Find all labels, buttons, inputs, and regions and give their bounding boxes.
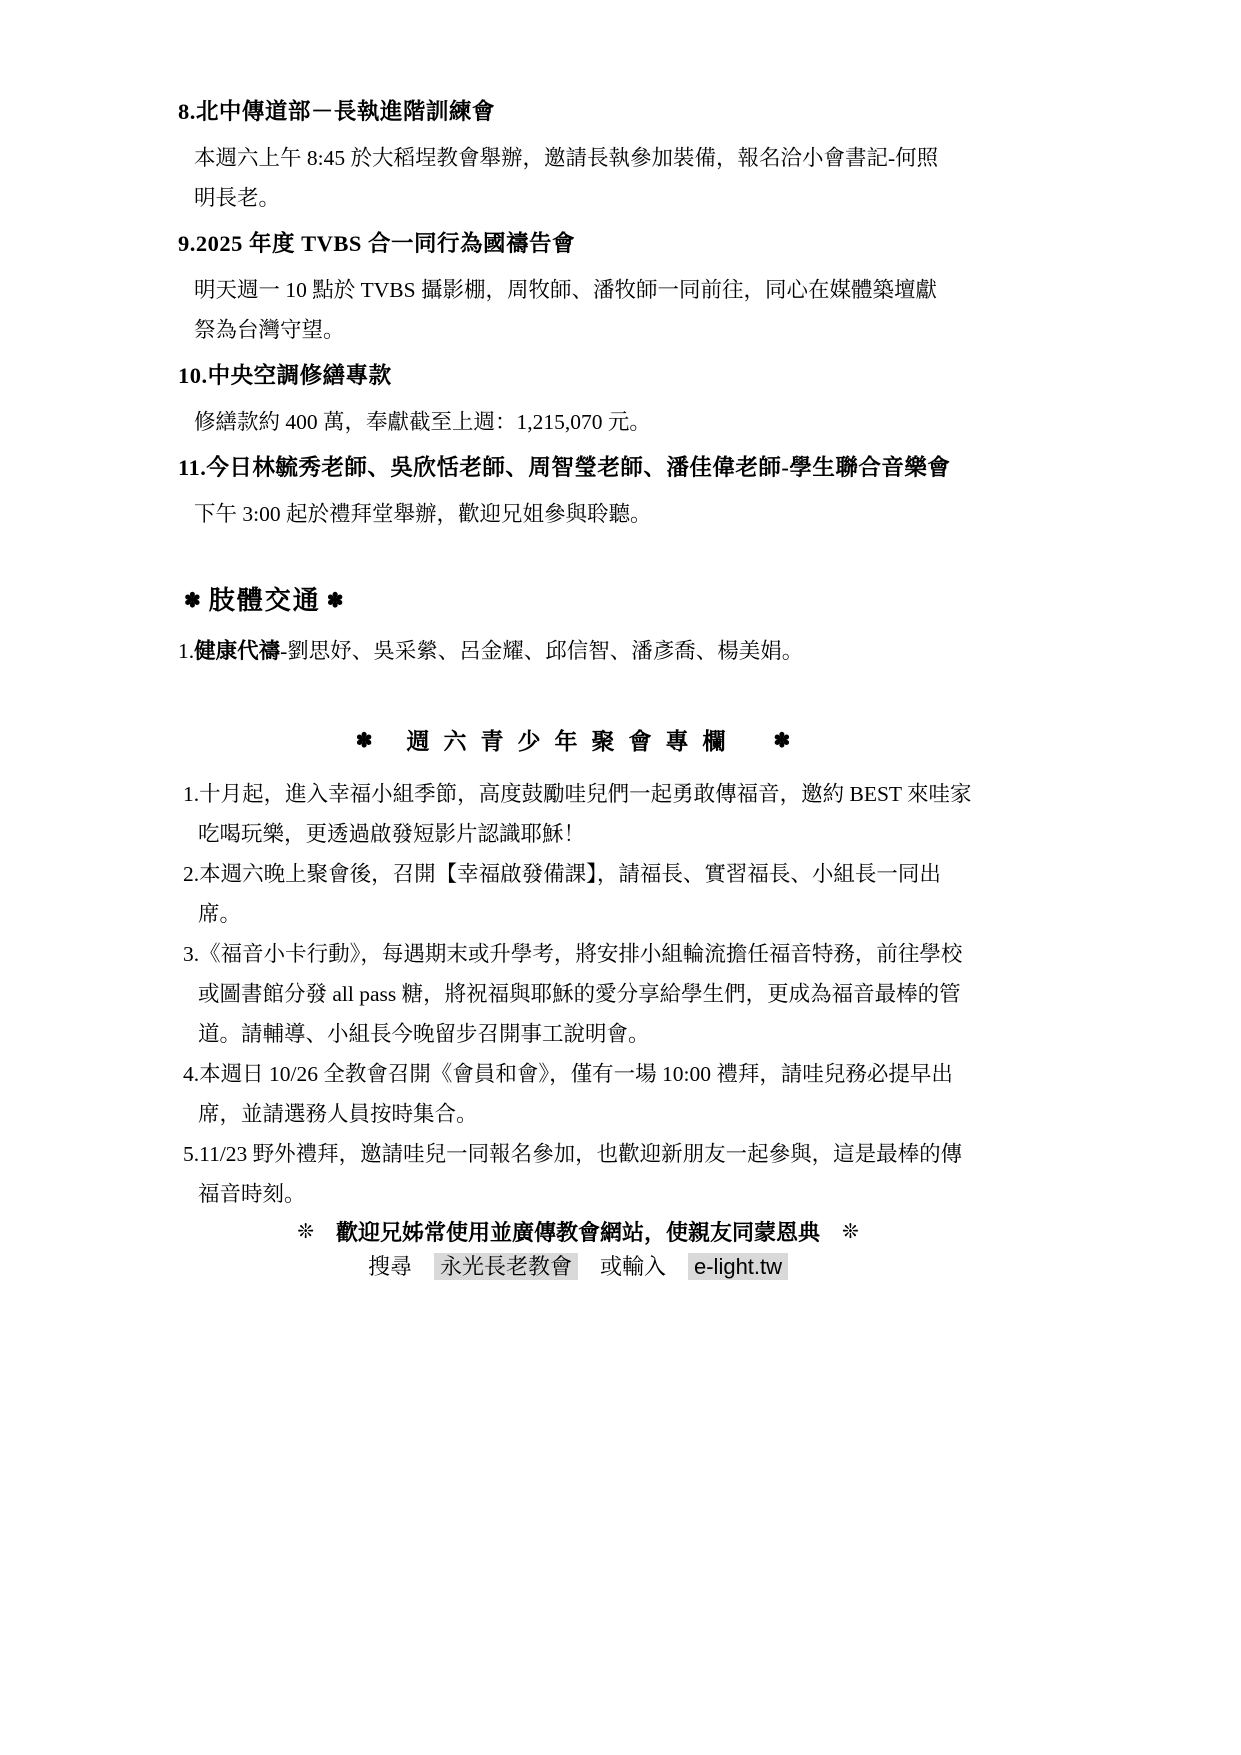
- announcement-number: 8.: [178, 99, 196, 124]
- announcement-number: 11.: [178, 455, 206, 480]
- announcement-item-9: 9.2025 年度 TVBS 合一同行為國禱告會 明天週一 10 點於 TVBS…: [178, 228, 1241, 350]
- announcement-item-11: 11.今日林毓秀老師、吳欣恬老師、周智瑩老師、潘佳偉老師-學生聯合音樂會 下午 …: [178, 452, 1241, 534]
- announcement-item-10: 10.中央空調修繕專款 修繕款約 400 萬，奉獻截至上週：1,215,070 …: [178, 360, 1241, 442]
- list-number: 1.: [178, 639, 194, 663]
- announcements-section: 8.北中傳道部－長執進階訓練會 本週六上午 8:45 於大稻埕教會舉辦，邀請長執…: [178, 96, 1241, 534]
- announcement-body: 本週六上午 8:45 於大稻埕教會舉辦，邀請長執參加裝備，報名洽小會書記-何照明…: [194, 138, 942, 218]
- announcement-number: 10.: [178, 363, 208, 388]
- list-item: 1.十月起，進入幸福小組季節，高度鼓勵哇兒們一起勇敢傳福音，邀約 BEST 來哇…: [183, 774, 978, 854]
- fellowship-header-title: 肢體交通: [209, 586, 321, 615]
- announcement-item-8: 8.北中傳道部－長執進階訓練會 本週六上午 8:45 於大稻埕教會舉辦，邀請長執…: [178, 96, 1241, 218]
- youth-section-header: ✽週六青少年聚會專欄✽: [178, 723, 968, 756]
- announcement-title-text: 2025 年度 TVBS 合一同行為國禱告會: [196, 231, 575, 256]
- flower-ornament-icon: ✽: [327, 590, 346, 612]
- website-search-line: 搜尋永光長老教會或輸入e-light.tw: [178, 1251, 978, 1283]
- health-prayer-line: 1.健康代禱-劉思妤、吳采縈、呂金耀、邱信智、潘彥喬、楊美娟。: [178, 631, 1241, 671]
- flower-ornament-icon: ✽: [356, 730, 373, 752]
- list-item: 2.本週六晚上聚會後，召開【幸福啟發備課】，請福長、實習福長、小組長一同出席。: [183, 854, 978, 934]
- announcement-title-text: 中央空調修繕專款: [208, 363, 392, 388]
- church-name-highlight: 永光長老教會: [434, 1253, 578, 1280]
- youth-section: ✽週六青少年聚會專欄✽ 1.十月起，進入幸福小組季節，高度鼓勵哇兒們一起勇敢傳福…: [178, 723, 1241, 1214]
- announcement-title: 9.2025 年度 TVBS 合一同行為國禱告會: [178, 228, 1241, 260]
- announcement-body: 下午 3:00 起於禮拜堂舉辦，歡迎兄姐參與聆聽。: [194, 494, 942, 534]
- website-invitation-text: 歡迎兄姊常使用並廣傳教會網站，使親友同蒙恩典: [336, 1220, 820, 1245]
- health-prayer-names: -劉思妤、吳采縈、呂金耀、邱信智、潘彥喬、楊美娟。: [280, 639, 803, 663]
- announcement-title-text: 北中傳道部－長執進階訓練會: [196, 99, 495, 124]
- bulletin-page: 8.北中傳道部－長執進階訓練會 本週六上午 8:45 於大稻埕教會舉辦，邀請長執…: [0, 0, 1241, 1755]
- youth-announcement-list: 1.十月起，進入幸福小組季節，高度鼓勵哇兒們一起勇敢傳福音，邀約 BEST 來哇…: [178, 774, 978, 1214]
- snowflake-ornament-icon: ❊: [842, 1221, 859, 1243]
- website-invitation-line: ❊歡迎兄姊常使用並廣傳教會網站，使親友同蒙恩典❊: [178, 1218, 978, 1249]
- church-url-highlight: e-light.tw: [688, 1253, 788, 1280]
- announcement-body: 明天週一 10 點於 TVBS 攝影棚，周牧師、潘牧師一同前往，同心在媒體築壇獻…: [194, 270, 942, 350]
- announcement-title: 10.中央空調修繕專款: [178, 360, 1241, 392]
- list-item: 4.本週日 10/26 全教會召開《會員和會》，僅有一場 10:00 禮拜，請哇…: [183, 1054, 978, 1134]
- health-prayer-label: 健康代禱: [194, 639, 280, 663]
- youth-section-title: 週六青少年聚會專欄: [407, 729, 740, 754]
- snowflake-ornament-icon: ❊: [297, 1221, 314, 1243]
- announcement-title-text: 今日林毓秀老師、吳欣恬老師、周智瑩老師、潘佳偉老師-學生聯合音樂會: [206, 455, 950, 480]
- announcement-title: 11.今日林毓秀老師、吳欣恬老師、周智瑩老師、潘佳偉老師-學生聯合音樂會: [178, 452, 1241, 484]
- or-enter-label: 或輸入: [600, 1254, 666, 1279]
- announcement-title: 8.北中傳道部－長執進階訓練會: [178, 96, 1241, 128]
- announcement-body: 修繕款約 400 萬，奉獻截至上週：1,215,070 元。: [194, 402, 942, 442]
- list-item: 3.《福音小卡行動》，每遇期末或升學考，將安排小組輪流擔任福音特務，前往學校或圖…: [183, 934, 978, 1054]
- flower-ornament-icon: ✽: [184, 590, 203, 612]
- website-footer: ❊歡迎兄姊常使用並廣傳教會網站，使親友同蒙恩典❊ 搜尋永光長老教會或輸入e-li…: [178, 1218, 978, 1283]
- announcement-number: 9.: [178, 231, 196, 256]
- search-label: 搜尋: [368, 1254, 412, 1279]
- flower-ornament-icon: ✽: [774, 730, 791, 752]
- fellowship-header: ✽肢體交通✽: [178, 580, 1241, 617]
- list-item: 5.11/23 野外禮拜，邀請哇兒一同報名參加，也歡迎新朋友一起參與，這是最棒的…: [183, 1134, 978, 1214]
- fellowship-section: ✽肢體交通✽ 1.健康代禱-劉思妤、吳采縈、呂金耀、邱信智、潘彥喬、楊美娟。: [178, 580, 1241, 671]
